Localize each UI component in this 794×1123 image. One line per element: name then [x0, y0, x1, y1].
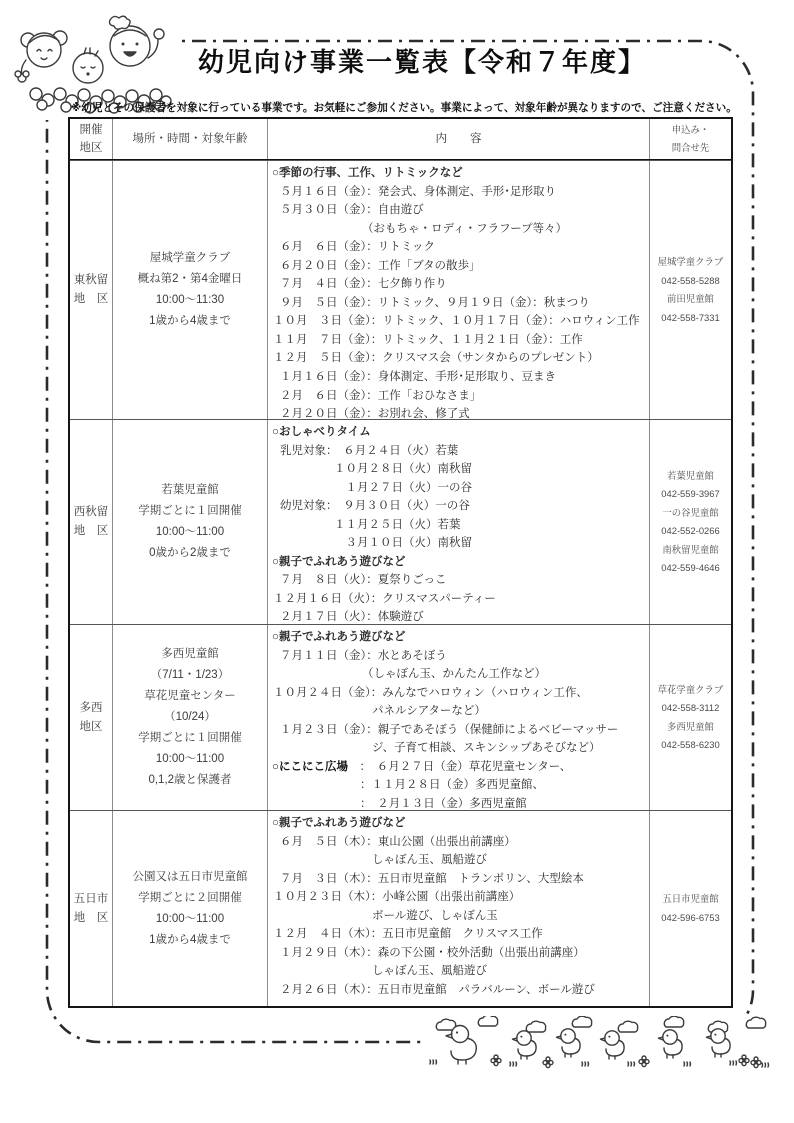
text-line: 042-559-3967: [661, 485, 719, 504]
header-contact: 申込み・問合せ先: [650, 119, 731, 159]
text-line: 五日市児童館: [662, 890, 718, 909]
text-line: ○親子でふれあう遊びなど: [272, 628, 646, 647]
content-cell: ○親子でふれあう遊びなど７月１１日（金）：水とあそぼう（しゃぼん玉、かんたん工作…: [268, 625, 650, 810]
content-cell: ○季節の行事、工作、リトミックなど５月１６日（金）：発会式、身体測定、手形･足形…: [268, 161, 650, 419]
place-cell: 多西児童館（7/11・1/23）草花児童センター（10/24）学期ごとに１回開催…: [113, 625, 268, 810]
page-title: 幼児向け事業一覧表【令和７年度】: [110, 42, 734, 79]
text-line: しゃぼん玉、風船遊び: [272, 962, 646, 981]
text-line: 042-558-6230: [661, 736, 719, 755]
table-row-tasai: 多西地区 多西児童館（7/11・1/23）草花児童センター（10/24）学期ごと…: [70, 624, 731, 810]
text-line: 西秋留: [74, 503, 109, 522]
text-line: 乳児対象： ６月２４日（火）若葉: [272, 442, 646, 461]
text-line: １２月１６日（火）：クリスマスパーティー: [272, 590, 646, 609]
text-line: ２月 ６日（金）：工作「おひなさま」: [272, 387, 646, 406]
text-line: 開催: [80, 121, 103, 139]
text-line: 地 区: [74, 290, 109, 309]
place-cell: 若葉児童館学期ごとに１回開催10:00～11:000歳から2歳まで: [113, 420, 268, 624]
text-line: 若葉児童館: [667, 467, 714, 486]
text-line: ○にこにこ広場 ： ６月２７日（金）草花児童センター、: [272, 758, 646, 777]
text-line: 前田児童館: [667, 290, 714, 309]
text-line: ６月２０日（金）：工作「ブタの散歩」: [272, 257, 646, 276]
text-line: 学期ごとに１回開催: [138, 501, 242, 522]
contact-cell: 五日市児童館042-596-6753: [650, 811, 731, 1006]
text-line: 10:00～11:30: [156, 290, 224, 311]
text-line: ○親子でふれあう遊びなど: [272, 553, 646, 572]
content-cell: ○親子でふれあう遊びなど６月 ５日（木）：東山公園（出張出前講座）しゃぼん玉、風…: [268, 811, 650, 1006]
text-line: ５月３０日（金）：自由遊び: [272, 201, 646, 220]
text-line: １月２３日（金）：親子であそぼう（保健師によるベビーマッサー: [272, 721, 646, 740]
text-line: １月２９日（木）：森の下公園・校外活動（出張出前講座）: [272, 944, 646, 963]
text-line: 学期ごとに１回開催: [138, 728, 242, 749]
district-cell: 西秋留地 区: [70, 420, 113, 624]
text-line: ９月 ５日（金）：リトミック、９月１９日（金）：秋まつり: [272, 294, 646, 313]
text-line: ２月２６日（木）：五日市児童館 パラバルーン、ボール遊び: [272, 981, 646, 1000]
text-line: 042-558-3112: [662, 699, 720, 718]
text-line: 屋城学童クラブ: [658, 253, 724, 272]
events-table: 開催地区 場所・時間・対象年齢 内 容 申込み・問合せ先 東秋留地 区 屋城学童…: [68, 117, 733, 1008]
text-line: （7/11・1/23）: [151, 665, 229, 686]
note-text: ※幼児とその保護者を対象に行っている事業です。お気軽にご参加ください。事業によっ…: [71, 100, 731, 115]
text-line: 屋城学童クラブ: [150, 248, 231, 269]
table-header-row: 開催地区 場所・時間・対象年齢 内 容 申込み・問合せ先: [70, 119, 731, 160]
text-line: （しゃぼん玉、かんたん工作など）: [272, 665, 646, 684]
text-line: 042-558-7331: [661, 309, 719, 328]
text-line: 1歳から4歳まで: [149, 311, 231, 332]
text-line: ７月１１日（金）：水とあそぼう: [272, 647, 646, 666]
text-line: （10/24）: [164, 707, 216, 728]
text-line: 042-559-4646: [661, 559, 719, 578]
ducks-illustration: [422, 1016, 770, 1072]
text-line: 幼児対象： ９月３０日（火）一の谷: [272, 497, 646, 516]
table-row-nishiakiru: 西秋留地 区 若葉児童館学期ごとに１回開催10:00～11:000歳から2歳まで…: [70, 419, 731, 624]
text-line: ○親子でふれあう遊びなど: [272, 814, 646, 833]
header-place: 場所・時間・対象年齢: [113, 119, 268, 159]
text-line: １０月 ３日（金）：リトミック、１０月１７日（金）：ハロウィン工作: [272, 312, 646, 331]
text-line: １０月２８日（火）南秋留: [272, 460, 646, 479]
text-line: １１月２５日（火）若葉: [272, 516, 646, 535]
place-cell: 公園又は五日市児童館学期ごとに２回開催10:00～11:001歳から4歳まで: [113, 811, 268, 1006]
text-line: 五日市: [74, 890, 109, 909]
table-row-itsukaichi: 五日市地 区 公園又は五日市児童館学期ごとに２回開催10:00～11:001歳か…: [70, 810, 731, 1006]
text-line: 042-552-0266: [661, 522, 719, 541]
text-line: 10:00～11:00: [156, 749, 224, 770]
text-line: 0,1,2歳と保護者: [148, 770, 231, 791]
text-line: パネルシアターなど）: [272, 702, 646, 721]
place-cell: 屋城学童クラブ概ね第2・第4金曜日10:00～11:301歳から4歳まで: [113, 161, 268, 419]
text-line: 草花児童センター: [144, 686, 236, 707]
contact-cell: 屋城学童クラブ042-558-5288前田児童館042-558-7331: [650, 161, 731, 419]
text-line: 地区: [80, 718, 103, 737]
text-line: ６月 ５日（木）：東山公園（出張出前講座）: [272, 833, 646, 852]
text-line: 草花学童クラブ: [658, 681, 724, 700]
text-line: ５月１６日（金）：発会式、身体測定、手形･足形取り: [272, 183, 646, 202]
text-line: 042-558-5288: [661, 272, 719, 291]
text-line: １月２７日（火）一の谷: [272, 479, 646, 498]
text-line: 多西児童館: [667, 718, 714, 737]
text-line: １０月２３日（木）：小峰公園（出張出前講座）: [272, 888, 646, 907]
bold-prefix: ○にこにこ広場: [272, 761, 348, 773]
header-district: 開催地区: [70, 119, 113, 159]
text-line: ○季節の行事、工作、リトミックなど: [272, 164, 646, 183]
text-line: ７月 ４日（金）：七夕飾り作り: [272, 275, 646, 294]
text-line: 概ね第2・第4金曜日: [138, 269, 243, 290]
district-cell: 五日市地 区: [70, 811, 113, 1006]
text-line: 東秋留: [74, 271, 109, 290]
text-line: ：１１月２８日（金）多西児童館、: [272, 776, 646, 795]
text-line: 1歳から4歳まで: [149, 930, 231, 951]
text-line: 多西: [80, 699, 103, 718]
text-line: １０月２４日（金）：みんなでハロウィン（ハロウィン工作、: [272, 684, 646, 703]
text-line: １月１６日（金）：身体測定、手形･足形取り、豆まき: [272, 368, 646, 387]
table-row-higashiakiru: 東秋留地 区 屋城学童クラブ概ね第2・第4金曜日10:00～11:301歳から4…: [70, 160, 731, 419]
text-line: ７月 ３日（木）：五日市児童館 トランポリン、大型絵本: [272, 870, 646, 889]
text-line: 一の谷児童館: [662, 504, 718, 523]
district-cell: 多西地区: [70, 625, 113, 810]
content-cell: ○おしゃべりタイム乳児対象： ６月２４日（火）若葉１０月２８日（火）南秋留 １月…: [268, 420, 650, 624]
header-place-label: 場所・時間・対象年齢: [133, 130, 248, 148]
contact-cell: 若葉児童館042-559-3967一の谷児童館042-552-0266南秋留児童…: [650, 420, 731, 624]
text-line: ボール遊び、しゃぼん玉: [272, 907, 646, 926]
text-line: ３月１０日（火）南秋留: [272, 534, 646, 553]
text-line: しゃぼん玉、風船遊び: [272, 851, 646, 870]
header-content: 内 容: [268, 119, 650, 159]
text-line: 地 区: [74, 909, 109, 928]
text-line: 学期ごとに２回開催: [138, 888, 242, 909]
text-line: 10:00～11:00: [156, 909, 224, 930]
text-line: ７月 ８日（火）：夏祭りごっこ: [272, 571, 646, 590]
text-line: ジ、子育て相談、スキンシップあそびなど）: [272, 739, 646, 758]
text-line: 若葉児童館: [161, 480, 219, 501]
text-line: １２月 ４日（木）：五日市児童館 クリスマス工作: [272, 925, 646, 944]
text-line: 多西児童館: [161, 644, 219, 665]
text-line: ６月 ６日（金）：リトミック: [272, 238, 646, 257]
header-content-label: 内 容: [436, 130, 482, 148]
text-line: ○おしゃべりタイム: [272, 423, 646, 442]
text-line: 問合せ先: [672, 139, 710, 157]
text-line: 公園又は五日市児童館: [133, 867, 248, 888]
text-line: １２月 ５日（金）：クリスマス会（サンタからのプレゼント）: [272, 349, 646, 368]
contact-cell: 草花学童クラブ042-558-3112多西児童館042-558-6230: [650, 625, 731, 810]
text-line: 地区: [80, 139, 103, 157]
flyer-page: 幼児向け事業一覧表【令和７年度】 ※幼児とその保護者を対象に行っている事業です。…: [0, 0, 794, 1123]
text-line: 0歳から2歳まで: [149, 543, 231, 564]
text-line: 申込み・: [672, 121, 710, 139]
text-line: 地 区: [74, 522, 109, 541]
text-line: 042-596-6753: [661, 909, 719, 928]
district-cell: 東秋留地 区: [70, 161, 113, 419]
text-line: （おもちゃ・ロディ・フラフープ等々）: [272, 220, 646, 239]
text-line: 南秋留児童館: [662, 541, 718, 560]
text-line: １１月 ７日（金）：リトミック、１１月２１日（金）：工作: [272, 331, 646, 350]
text-line: 10:00～11:00: [156, 522, 224, 543]
